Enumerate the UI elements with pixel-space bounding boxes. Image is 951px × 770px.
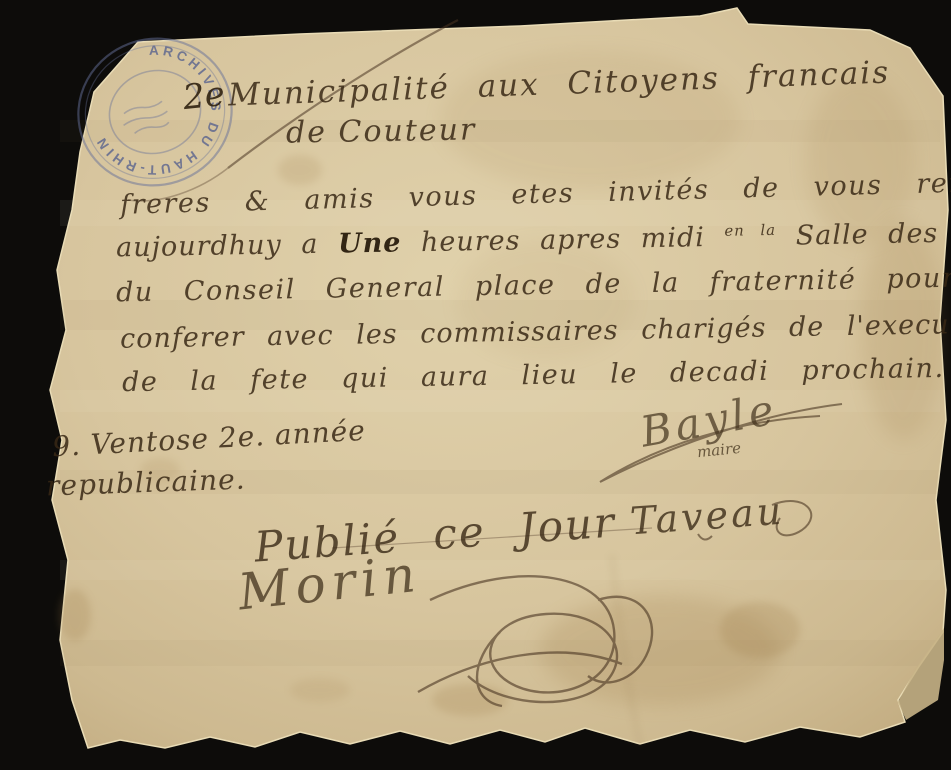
body-line-2-mid: heures apres midi: [421, 222, 705, 258]
body-line-2-end: Salle des Seances: [795, 216, 951, 252]
body-line-2-start: aujourdhuy a: [116, 229, 319, 264]
body-line-2-hour: Une: [338, 227, 402, 259]
archival-annotation: 2e: [181, 74, 227, 118]
heading-line-2: de Couteur: [286, 112, 477, 150]
body-line-2-insertion: en la: [724, 221, 776, 240]
scan-background: ARCHIVES DU HAUT-RHIN: [0, 0, 951, 770]
dateline-2: republicaine.: [45, 463, 246, 503]
